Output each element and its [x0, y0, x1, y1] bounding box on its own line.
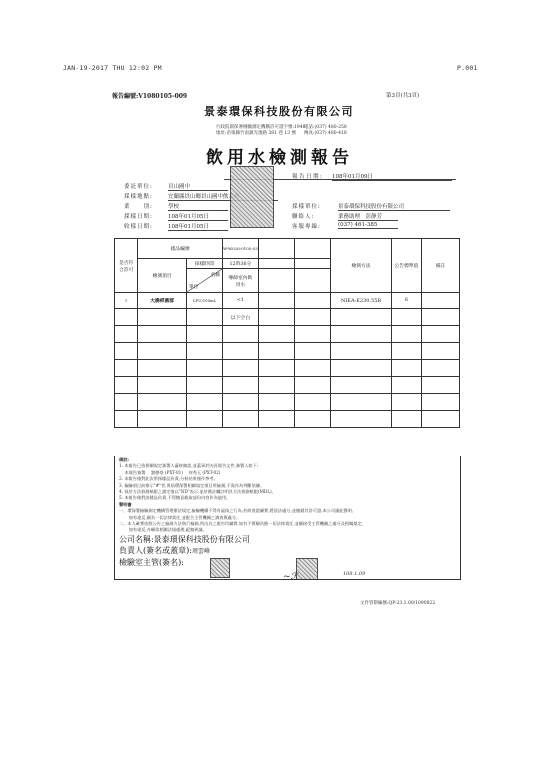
sampling-unit-value: 景泰環保科技股份有限公司	[338, 202, 450, 211]
lab-head-seal-stamp	[296, 558, 318, 580]
table-row	[115, 360, 460, 377]
page-of: 第3頁(共3頁)	[386, 91, 419, 99]
business-type-value: 學校	[168, 202, 228, 211]
lab-head-signature: ~ℱ	[283, 572, 298, 582]
table-row	[115, 394, 460, 411]
table-row	[115, 411, 460, 428]
responsible-signature: 周雲峰	[192, 548, 210, 555]
sample-no-value: W-W026-0105-03	[222, 239, 258, 259]
sign-date: 108.1.09	[343, 571, 365, 577]
table-row	[115, 326, 460, 343]
contact-label: 聯絡人:	[292, 212, 314, 220]
client-value: 頁山國中	[168, 182, 228, 191]
receive-date-label: 收樣日期:	[124, 222, 153, 230]
sampling-date-label: 採樣日期:	[124, 212, 153, 220]
receive-date-value: 108年01月05日	[168, 222, 228, 231]
standard-header: 公告標準值	[392, 239, 422, 293]
responsible-person-line: 負責人(簽名或蓋章):周雲峰	[115, 545, 460, 557]
table-row: 以下空白	[115, 309, 460, 326]
compliance-header: 是否符合許可	[115, 239, 138, 293]
sampling-unit-label: 採樣單位:	[292, 202, 321, 210]
service-line-value: (037) 461-385	[338, 222, 398, 229]
report-title: 飲用水檢測報告	[206, 143, 353, 168]
contact-value: 業務助理 彭靜芳	[338, 212, 398, 221]
report-number: 報告編號:V1080105-009	[112, 91, 187, 100]
sample-no-header: 樣品編號	[138, 239, 223, 259]
item-header: 檢測項目	[138, 259, 187, 293]
notes-section: 備註: 1. 本報告已依相關規定簽署人審核無誤,並蓋章於內頁報告文件,簽署人如下…	[114, 456, 461, 580]
company-name-line: 公司名稱:景泰環保科技股份有限公司	[115, 534, 460, 545]
table-row	[115, 343, 460, 360]
sampling-time-value: 12時36分	[222, 259, 258, 269]
client-label: 委託單位:	[124, 182, 153, 190]
sampling-date-value: 108年01月05日	[168, 212, 228, 221]
sample-name-value: 導師室內飲用水	[222, 269, 258, 293]
results-table: 是否符合許可 樣品編號 W-W026-0105-03 檢測方法 公告標準值 備註…	[114, 238, 460, 428]
document-control-number: 文件管制編號:QP-23.1.00/1090822	[360, 600, 435, 606]
method-header: 檢測方法	[330, 239, 391, 293]
fax-page-number: P.001	[457, 64, 478, 72]
remark-header: 備註	[421, 239, 459, 293]
certification-stamp	[230, 166, 274, 228]
business-type-label: 業 別:	[124, 202, 153, 210]
service-line-label: 客服專線:	[292, 222, 321, 230]
fax-timestamp: JAN-19-2017 THU 12:02 PM	[63, 64, 162, 72]
company-seal-stamp	[210, 558, 230, 578]
company-name: 景泰環保科技股份有限公司	[204, 103, 354, 119]
company-fax: 傳真:(037) 480-418	[304, 130, 347, 136]
sampling-time-header: 採樣時間	[186, 259, 222, 269]
table-row: ㄨ 大腸桿菌群 CFU/100mL <1 NIEA-E230.55B 6	[115, 293, 460, 309]
sampling-site-label: 採樣地點:	[124, 192, 153, 200]
lab-head-line: 檢驗室主管(簽名):	[115, 557, 460, 568]
name-unit-header: 名稱 單位	[186, 269, 222, 293]
table-row	[115, 377, 460, 394]
company-address: 地址:苗栗縣竹南鎮光復路 381 巷 13 號	[216, 130, 296, 136]
